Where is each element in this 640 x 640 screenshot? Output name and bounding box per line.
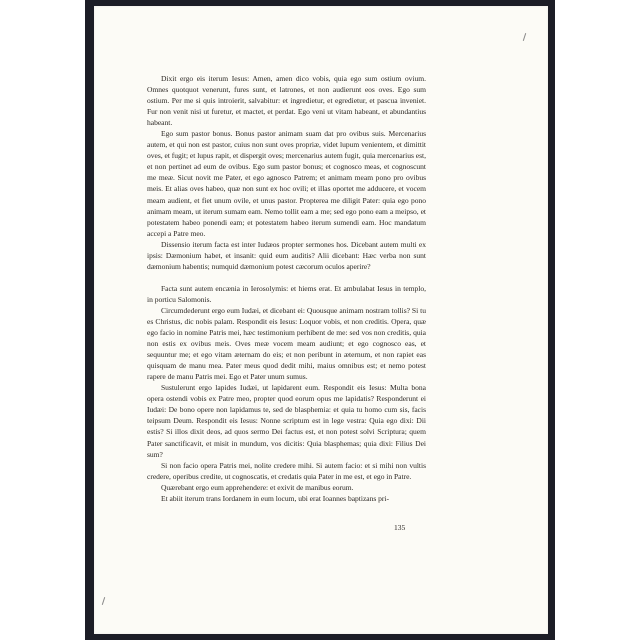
book-page: Dixit ergo eis iterum Iesus: Amen, amen … [94, 6, 548, 634]
page-number: 135 [394, 523, 405, 532]
paragraph: Ego sum pastor bonus. Bonus pastor anima… [147, 128, 426, 238]
paragraph: Dissensio iterum facta est inter Iudæos … [147, 239, 426, 272]
paragraph: Facta sunt autem encænia in Ierosolymis:… [147, 283, 426, 305]
paragraph: Et abiit iterum trans Iordanem in eum lo… [147, 493, 426, 504]
paragraph: Si non facio opera Patris mei, nolite cr… [147, 460, 426, 482]
pencil-mark [102, 597, 105, 605]
paragraph: Sustulerunt ergo lapides Iudæi, ut lapid… [147, 382, 426, 459]
body-text: Dixit ergo eis iterum Iesus: Amen, amen … [147, 73, 426, 504]
paragraph: Quærebant ergo eum apprehendere: et exiv… [147, 482, 426, 493]
paragraph: Circumdederunt ergo eum Iudæi, et diceba… [147, 305, 426, 382]
paragraph: Dixit ergo eis iterum Iesus: Amen, amen … [147, 73, 426, 128]
pencil-mark [523, 33, 526, 41]
